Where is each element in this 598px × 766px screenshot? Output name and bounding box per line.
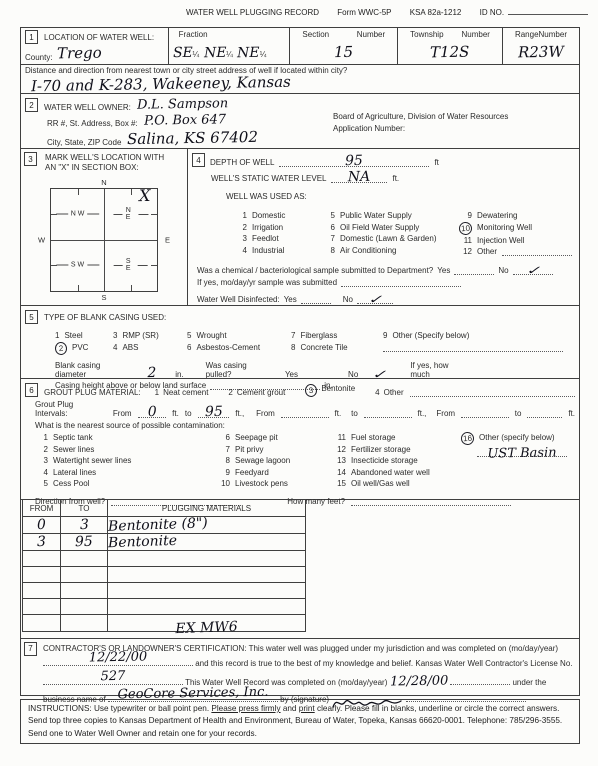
disinfected-label: Water Well Disinfected: <box>197 295 280 304</box>
section-3-number: 3 <box>24 152 37 166</box>
used-as-col2: 5Public Water Supply 6Oil Field Water Su… <box>322 210 459 258</box>
section-3-title-line2: AN "X" IN SECTION BOX: <box>45 163 187 173</box>
used-as-col1: 1Domestic 2Irrigation 3Feedlot 4Industri… <box>234 210 322 258</box>
address-value: P.O. Box 647 <box>144 112 226 128</box>
disinfected-yes-blank <box>301 294 331 304</box>
table-row <box>23 583 306 599</box>
location-columns: 1 LOCATION OF WATER WELL: County: Trego … <box>21 28 579 64</box>
owner-value: D.L. Sampson <box>137 96 228 113</box>
sample-date-label: If yes, mo/day/yr sample was submitted <box>197 278 337 287</box>
option-number: 3 <box>35 455 48 467</box>
option-number: 5 <box>322 210 335 222</box>
depth-label: DEPTH OF WELL <box>210 158 274 167</box>
section-1-number: 1 <box>25 30 38 44</box>
fraction-label: Fraction <box>179 30 286 39</box>
section-label: Section <box>302 30 329 39</box>
compass-south-label: S <box>101 293 106 302</box>
option-label: Other <box>477 246 497 258</box>
signature-label: by (signature) <box>280 695 329 704</box>
table-row: 0 3 Bentonite (8") <box>23 517 306 534</box>
ft-unit: ft. <box>335 409 342 418</box>
option-label: RMP (SR) <box>122 330 158 342</box>
option-number: 6 <box>187 342 191 355</box>
option-label: Abandoned water well <box>351 467 430 479</box>
quadrant-nw-label: N W <box>71 211 85 218</box>
option-number: 1 <box>55 330 59 342</box>
ex-mw6-note: EX MW6 <box>108 617 305 640</box>
option-number: 5 <box>35 478 48 490</box>
section-6-number: 6 <box>25 383 38 397</box>
depth-value: 95 <box>279 152 429 171</box>
from-value: 3 <box>37 534 46 550</box>
material-value: Bentonite <box>108 533 178 551</box>
other-source-blank: UST Basin <box>477 447 567 457</box>
to-value: 3 <box>79 517 88 533</box>
from-label: From <box>113 409 132 418</box>
fraction-value-3: NE <box>237 45 260 61</box>
diagram-horizontal-line <box>51 240 157 241</box>
static-level-blank: NA <box>331 173 387 183</box>
quarter-symbol: ¼ <box>226 50 233 59</box>
section-4-number: 4 <box>192 153 205 167</box>
table-row <box>23 551 306 567</box>
section-7-certification: 7 CONTRACTOR'S OR LANDOWNER'S CERTIFICAT… <box>20 638 580 696</box>
option-number: 7 <box>217 444 230 456</box>
option-label: Bentonite <box>321 384 355 397</box>
compass-west-label: W <box>38 235 45 244</box>
section-7-number: 7 <box>24 642 37 656</box>
option-number: 7 <box>291 330 295 342</box>
option-number: 9 <box>217 467 230 479</box>
option-label: Livestock pens <box>235 478 288 490</box>
option-number: 3 <box>113 330 117 342</box>
quadrant-se-label: S E <box>126 258 135 272</box>
other-source-value: UST Basin <box>477 447 567 460</box>
intervals-label: Grout Plug Intervals: <box>35 400 93 418</box>
casing-title: TYPE OF BLANK CASING USED: <box>44 313 166 322</box>
form-number: Form WWC-5P <box>337 8 391 17</box>
range-cell: Range Number R23W <box>503 28 579 64</box>
pulled-no-blank: ✓ <box>362 369 396 379</box>
how-much-blank <box>471 369 575 379</box>
option-label: Steel <box>64 330 82 342</box>
table-row <box>23 567 306 583</box>
option-label: Asbestos-Cement <box>196 342 260 355</box>
option-number: 10 <box>217 478 230 490</box>
interval1-from-value: 0 <box>137 404 166 420</box>
option-label: Sewage lagoon <box>235 455 290 467</box>
from-value: 0 <box>37 517 46 533</box>
record-date-value: 12/28/00 <box>389 670 448 692</box>
pulled-yes-blank <box>302 369 336 379</box>
form-statute: KSA 82a-1212 <box>410 8 462 17</box>
from-label: From <box>256 409 275 418</box>
used-as-options: 1Domestic 2Irrigation 3Feedlot 4Industri… <box>234 210 575 258</box>
option-label: Cess Pool <box>53 478 89 490</box>
interval3-to-blank <box>527 408 562 418</box>
county-label: County: <box>25 53 53 62</box>
signature-scribble <box>331 694 403 710</box>
sample-question: Was a chemical / bacteriological sample … <box>197 266 433 275</box>
option-number: 1 <box>234 210 247 222</box>
option-number: 12 <box>333 444 346 456</box>
option-label: Monitoring Well <box>477 222 532 235</box>
circled-option-number: 16 <box>461 432 475 446</box>
section-3-title-line1: MARK WELL'S LOCATION WITH <box>45 153 187 163</box>
city-state-zip-label: City, State, ZIP Code <box>47 138 121 147</box>
section-1-location: 1 LOCATION OF WATER WELL: County: Trego … <box>20 27 580 94</box>
table-header-row: FROM TO PLUGGING MATERIALS <box>23 500 306 517</box>
option-label: Oil well/Gas well <box>351 478 410 490</box>
county-value: Trego <box>56 44 101 63</box>
option-label: Public Water Supply <box>340 210 412 222</box>
table-row: 3 95 Bentonite <box>23 534 306 551</box>
distance-value: I-70 and K-283, Wakeeney, Kansas <box>31 73 291 96</box>
plugging-table-section: FROM TO PLUGGING MATERIALS 0 3 Bentonite… <box>20 499 580 639</box>
interval1-to-blank: 95 <box>198 408 230 418</box>
contamination-col2: 6Seepage pit 7Pit privy 8Sewage lagoon 9… <box>217 432 333 490</box>
to-value: 95 <box>75 534 93 551</box>
diagram-tick <box>151 265 157 266</box>
signature-blank <box>406 692 526 702</box>
option-label: Feedlot <box>252 233 279 245</box>
option-number: 2 <box>228 388 232 397</box>
option-number: 11 <box>459 235 472 247</box>
how-much-label: If yes, how much <box>410 361 467 379</box>
compass-east-label: E <box>165 235 170 244</box>
other-blank <box>502 246 572 256</box>
sample-no-blank: ✓ <box>513 265 553 275</box>
option-label: Injection Well <box>477 235 524 247</box>
used-as-col3: 9Dewatering 10Monitoring Well 11Injectio… <box>459 210 575 258</box>
option-label: Pit privy <box>235 444 263 456</box>
option-number: 1 <box>155 388 159 397</box>
static-level-value: NA <box>331 169 387 186</box>
diagram-tick <box>78 189 79 195</box>
interval3-from-blank <box>461 408 509 418</box>
option-number: 9 <box>459 210 472 222</box>
id-number-label: ID NO. <box>480 8 504 17</box>
business-name-value: GeoCore Services, Inc. <box>108 681 278 705</box>
owner-label: WATER WELL OWNER: <box>44 103 131 112</box>
static-level-label: WELL'S STATIC WATER LEVEL <box>211 174 326 183</box>
quadrant-ne-label: N E <box>126 207 136 221</box>
section-value: 15 <box>334 43 353 61</box>
pulled-label: Was casing pulled? <box>206 361 271 379</box>
option-label: ABS <box>122 342 138 355</box>
depth-blank: 95 <box>279 157 429 167</box>
option-number: 4 <box>234 245 247 257</box>
compass-north-label: N <box>101 178 106 187</box>
fraction-cell: Fraction SE¼ NE¼ NE¼ <box>169 28 291 64</box>
county-cell: 1 LOCATION OF WATER WELL: County: Trego <box>21 28 169 64</box>
interval1-to-value: 95 <box>197 404 229 421</box>
section-2-owner: 2 WATER WELL OWNER: D.L. Sampson RR #, S… <box>20 93 580 149</box>
option-number: 7 <box>322 233 335 245</box>
table-row <box>23 599 306 615</box>
x-mark: X <box>138 186 150 205</box>
option-number: 11 <box>333 432 346 444</box>
contamination-columns: 1Septic tank 2Sewer lines 3Watertight se… <box>35 432 575 490</box>
interval2-to-blank <box>364 408 412 418</box>
section-2-number: 2 <box>25 98 38 112</box>
to-label: to <box>515 409 522 418</box>
circled-option-number: 3 <box>305 384 318 398</box>
option-number: 2 <box>234 222 247 234</box>
from-header: FROM <box>23 500 61 517</box>
section-6-grout: 6 GROUT PLUG MATERIAL: 1Neat cement 2Cem… <box>20 378 580 500</box>
option-number: 12 <box>459 246 472 258</box>
range-label: Range <box>515 30 539 39</box>
section-4-well-info: 4 DEPTH OF WELL 95 ft WELL'S STATIC WATE… <box>188 149 579 305</box>
option-label: Concrete Tile <box>300 342 347 355</box>
option-number: 15 <box>333 478 346 490</box>
option-label: Seepage pit <box>235 432 278 444</box>
township-label: Township <box>410 30 443 39</box>
business-name-blank: GeoCore Services, Inc. <box>108 692 278 702</box>
option-label: PVC <box>72 342 88 355</box>
option-number: 8 <box>217 455 230 467</box>
option-number: 6 <box>217 432 230 444</box>
option-number: 8 <box>291 342 295 355</box>
circled-option-number: 2 <box>55 341 68 355</box>
quarter-symbol: ¼ <box>260 50 267 59</box>
option-number: 4 <box>35 467 48 479</box>
section-3-location-box: 3 MARK WELL'S LOCATION WITH AN "X" IN SE… <box>21 149 188 305</box>
interval2-from-blank <box>281 408 329 418</box>
option-number: 13 <box>333 455 346 467</box>
range-value: R23W <box>518 43 564 62</box>
to-label: to <box>185 409 192 418</box>
table-row: EX MW6 <box>23 615 306 632</box>
option-label: Domestic (Lawn & Garden) <box>340 233 436 245</box>
option-label: Cement grout <box>237 388 285 397</box>
diagram-tick <box>131 285 132 291</box>
material-value: Bentonite (8") <box>108 515 208 534</box>
section-5-casing: 5 TYPE OF BLANK CASING USED: 1Steel 3RMP… <box>20 305 580 379</box>
distance-label: Distance and direction from nearest town… <box>25 66 575 75</box>
contamination-label: What is the nearest source of possible c… <box>35 421 575 430</box>
plugging-table: FROM TO PLUGGING MATERIALS 0 3 Bentonite… <box>22 499 306 632</box>
diagram-tick <box>78 285 79 291</box>
used-as-label: WELL WAS USED AS: <box>226 192 575 201</box>
option-label: Domestic <box>252 210 285 222</box>
ft-unit: ft., <box>235 409 244 418</box>
option-number: 2 <box>35 444 48 456</box>
depth-unit: ft <box>434 158 438 167</box>
diagram-tick <box>151 214 157 215</box>
section-number-cell: Section Number 15 <box>290 28 398 64</box>
option-label: Neat cement <box>163 388 208 397</box>
fraction-value-1: SE <box>173 45 193 61</box>
other-material-blank <box>410 387 575 397</box>
option-label: Insecticide storage <box>351 455 418 467</box>
distance-row: Distance and direction from nearest town… <box>21 64 579 93</box>
contamination-col4: 16Other (specify below) UST Basin <box>461 432 575 490</box>
diameter-blank: 2 <box>133 369 171 379</box>
option-label: Fertilizer storage <box>351 444 411 456</box>
option-label: Other (Specify below) <box>392 330 469 342</box>
yes-label: Yes <box>284 295 297 304</box>
township-value: T12S <box>430 43 470 62</box>
certification-text-2: and this record is true to the best of m… <box>195 659 572 668</box>
other-casing-blank <box>383 342 563 352</box>
contamination-col1: 1Septic tank 2Sewer lines 3Watertight se… <box>35 432 217 490</box>
materials-header: PLUGGING MATERIALS <box>108 500 306 517</box>
option-number: 8 <box>322 245 335 257</box>
option-number: 5 <box>187 330 191 342</box>
option-number: 4 <box>375 388 379 397</box>
section-5-number: 5 <box>25 310 38 324</box>
option-label: Other <box>384 388 404 397</box>
board-block: Board of Agriculture, Division of Water … <box>333 111 508 135</box>
option-number: 4 <box>113 342 117 355</box>
option-number: 14 <box>333 467 346 479</box>
ft-unit: ft. <box>568 409 575 418</box>
disinfected-no-blank: ✓ <box>357 294 393 304</box>
township-cell: Township Number T12S <box>398 28 503 64</box>
diagram-tick <box>131 189 132 195</box>
option-label: Septic tank <box>53 432 93 444</box>
ft-unit: ft., <box>418 409 427 418</box>
static-level-unit: ft. <box>392 174 399 183</box>
option-label: Fiberglass <box>300 330 337 342</box>
contamination-col3: 11Fuel storage 12Fertilizer storage 13In… <box>333 432 461 490</box>
section-3-4-row: 3 MARK WELL'S LOCATION WITH AN "X" IN SE… <box>20 148 580 306</box>
interval1-from-blank: 0 <box>138 408 167 418</box>
form-title: WATER WELL PLUGGING RECORD <box>186 8 319 17</box>
option-number: 6 <box>322 222 335 234</box>
option-label: Fuel storage <box>351 432 395 444</box>
option-number: 9 <box>383 330 387 342</box>
diameter-label: Blank casing diameter <box>55 361 129 379</box>
option-label: Other (specify below) <box>479 432 555 445</box>
section-number-label: Number <box>357 30 385 39</box>
grout-title: GROUT PLUG MATERIAL: <box>44 388 141 397</box>
option-number: 1 <box>35 432 48 444</box>
city-state-zip-value: Salina, KS 67402 <box>127 128 258 148</box>
section-1-title: LOCATION OF WATER WELL: <box>44 33 154 42</box>
option-label: Oil Field Water Supply <box>340 222 419 234</box>
board-label: Board of Agriculture, Division of Water … <box>333 111 508 123</box>
from-label: From <box>436 409 455 418</box>
id-number-blank <box>508 7 588 15</box>
option-label: Wrought <box>196 330 226 342</box>
form-body: 1 LOCATION OF WATER WELL: County: Trego … <box>20 28 580 744</box>
option-label: Feedyard <box>235 467 269 479</box>
township-number-label: Number <box>462 30 490 39</box>
circled-option-number: 10 <box>459 221 473 235</box>
option-label: Air Conditioning <box>340 245 396 257</box>
form-header: WATER WELL PLUGGING RECORD Form WWC-5P K… <box>186 7 598 17</box>
address-label: RR #, St. Address, Box #: <box>47 119 138 128</box>
scanned-form-page: WATER WELL PLUGGING RECORD Form WWC-5P K… <box>0 0 598 766</box>
option-label: Sewer lines <box>53 444 94 456</box>
option-label: Irrigation <box>252 222 283 234</box>
yes-label: Yes <box>437 266 450 275</box>
application-number-label: Application Number: <box>333 123 508 135</box>
to-header: TO <box>61 500 108 517</box>
ft-unit: ft. <box>172 409 179 418</box>
option-number: 3 <box>234 233 247 245</box>
record-date-blank <box>450 675 510 685</box>
range-number-label: Number <box>539 30 567 39</box>
quarter-symbol: ¼ <box>192 50 199 59</box>
sample-date-blank <box>341 277 461 287</box>
option-label: Lateral lines <box>53 467 96 479</box>
fraction-value-2: NE <box>203 45 226 61</box>
option-label: Watertight sewer lines <box>53 455 131 467</box>
option-label: Industrial <box>252 245 284 257</box>
quadrant-sw-label: S W <box>71 262 84 269</box>
option-label: Dewatering <box>477 210 517 222</box>
to-label: to <box>351 409 358 418</box>
sample-yes-blank <box>454 265 494 275</box>
section-box-diagram: N W N E S W S E N S W E X <box>50 188 158 292</box>
